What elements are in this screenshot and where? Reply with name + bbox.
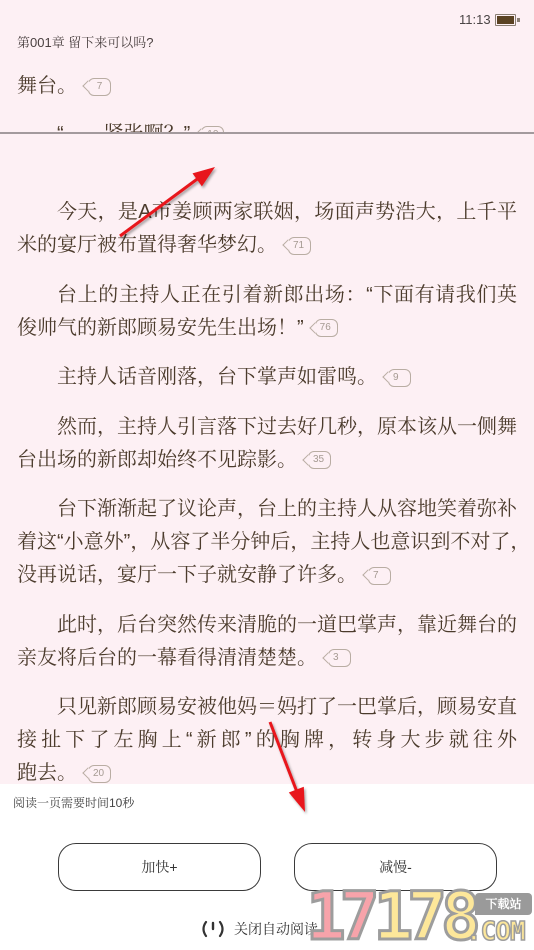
paragraph-line: 亲友将后台的一幕看得清清楚楚。 3 xyxy=(17,642,517,675)
previous-page-line: “……紧张啊？” 10 xyxy=(57,118,224,133)
paragraph-line: 接扯下了左胸上“新郎”的胸牌，转身大步就往外 xyxy=(17,724,517,757)
paragraph: 此时，后台突然传来清脆的一道巴掌声，靠近舞台的 亲友将后台的一幕看得清清楚楚。 … xyxy=(17,609,517,675)
paragraph-line: 台出场的新郎却始终不见踪影。 35 xyxy=(17,444,517,477)
paragraph: 台上的主持人正在引着新郎出场：“下面有请我们英 俊帅气的新郎顾易安先生出场！” … xyxy=(17,279,517,345)
comment-bubble[interactable]: 3 xyxy=(328,649,351,667)
page-time-text: 阅读一页需要时间10秒 xyxy=(13,795,134,811)
paragraph-line: 然而，主持人引言落下过去好几秒，原本该从一侧舞 xyxy=(17,411,517,444)
watermark-number: 17178 xyxy=(306,882,475,950)
paragraph: 然而，主持人引言落下过去好几秒，原本该从一侧舞 台出场的新郎却始终不见踪影。 3… xyxy=(17,411,517,477)
paragraph-line: 台下渐渐起了议论声，台上的主持人从容地笑着弥补 xyxy=(17,493,517,526)
line-text: 主持人话音刚落，台下掌声如雷鸣。 xyxy=(57,361,377,394)
watermark-logo: 17178 下载站 .COM xyxy=(306,888,534,950)
previous-page-line: 舞台。 7 xyxy=(17,70,111,103)
watermark-number-pink: 17 xyxy=(306,878,373,950)
speed-up-label: 加快+ xyxy=(141,857,177,877)
close-auto-read-button[interactable]: 关闭自动阅读 xyxy=(200,918,318,940)
slow-down-label: 减慢- xyxy=(379,857,412,877)
paragraph: 今天，是A市姜顾两家联姻，场面声势浩大，上千平 米的宴厅被布置得奢华梦幻。 71 xyxy=(17,196,517,262)
line-text: 亲友将后台的一幕看得清清楚楚。 xyxy=(17,642,317,675)
watermark-domain: .COM xyxy=(466,916,525,948)
paragraph-line: 着这“小意外”，从容了半分钟后，主持人也意识到不对了， xyxy=(17,526,517,559)
watermark-number-yellow: 178 xyxy=(373,878,474,950)
paragraph: 台下渐渐起了议论声，台上的主持人从容地笑着弥补 着这“小意外”，从容了半分钟后，… xyxy=(17,493,517,592)
paragraph: 只见新郎顾易安被他妈＝妈打了一巴掌后，顾易安直 接扯下了左胸上“新郎”的胸牌，转… xyxy=(17,691,517,790)
paragraph: 主持人话音刚落，台下掌声如雷鸣。 9 xyxy=(17,361,517,394)
line-text: “……紧张啊？” xyxy=(57,118,190,133)
paragraph-line: 今天，是A市姜顾两家联姻，场面声势浩大，上千平 xyxy=(17,196,517,229)
page-turn-divider xyxy=(0,132,534,134)
comment-bubble[interactable]: 71 xyxy=(288,237,311,255)
comment-bubble[interactable]: 76 xyxy=(315,319,338,337)
previous-page-region: 第001章 留下来可以吗? 舞台。 7 “……紧张啊？” 10 xyxy=(0,0,534,133)
paragraph-line: 只见新郎顾易安被他妈＝妈打了一巴掌后，顾易安直 xyxy=(17,691,517,724)
paragraph-line: 没再说话，宴厅一下子就安静了许多。 7 xyxy=(17,559,517,592)
comment-bubble[interactable]: 7 xyxy=(368,567,391,585)
comment-bubble[interactable]: 7 xyxy=(88,78,111,96)
line-text: 台出场的新郎却始终不见踪影。 xyxy=(17,444,297,477)
comment-bubble[interactable]: 35 xyxy=(308,451,331,469)
speed-up-button[interactable]: 加快+ xyxy=(58,843,261,891)
paragraph-line: 米的宴厅被布置得奢华梦幻。 71 xyxy=(17,229,517,262)
line-text: 没再说话，宴厅一下子就安静了许多。 xyxy=(17,559,357,592)
comment-bubble[interactable]: 20 xyxy=(88,765,111,783)
line-text: 舞台。 xyxy=(17,70,77,103)
reading-content[interactable]: 今天，是A市姜顾两家联姻，场面声势浩大，上千平 米的宴厅被布置得奢华梦幻。 71… xyxy=(17,196,517,807)
line-text: 米的宴厅被布置得奢华梦幻。 xyxy=(17,229,277,262)
paragraph-line: 主持人话音刚落，台下掌声如雷鸣。 9 xyxy=(17,361,517,394)
paragraph-line: 俊帅气的新郎顾易安先生出场！” 76 xyxy=(17,312,517,345)
paragraph-line: 此时，后台突然传来清脆的一道巴掌声，靠近舞台的 xyxy=(17,609,517,642)
chapter-title: 第001章 留下来可以吗? xyxy=(17,34,154,52)
power-icon xyxy=(200,919,226,939)
line-text: 俊帅气的新郎顾易安先生出场！” xyxy=(17,312,304,345)
paragraph-line: 台上的主持人正在引着新郎出场：“下面有请我们英 xyxy=(17,279,517,312)
watermark-badge: 下载站 xyxy=(475,893,532,915)
comment-bubble[interactable]: 9 xyxy=(388,369,411,387)
